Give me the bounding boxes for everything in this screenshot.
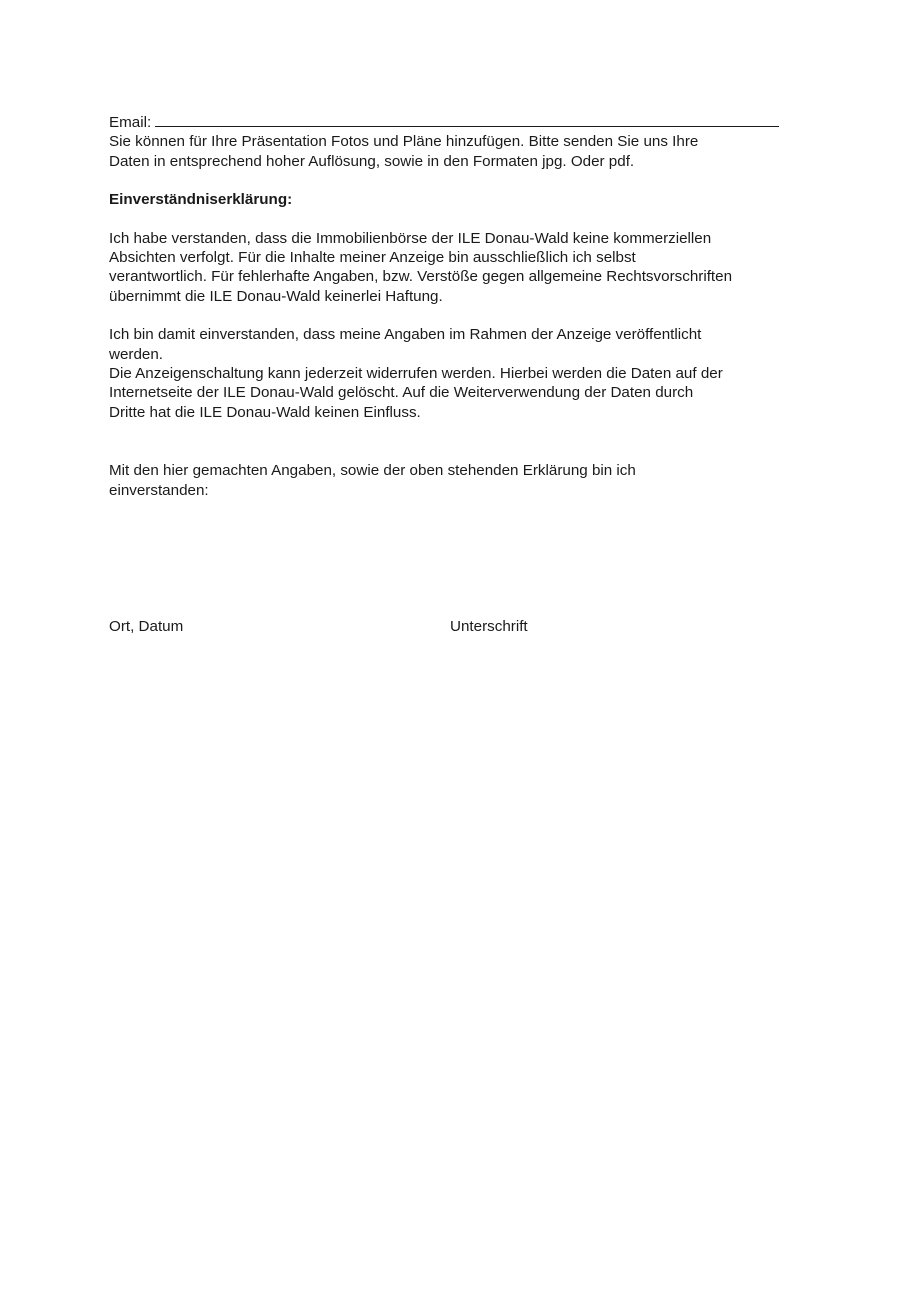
place-date-label: Ort, Datum [109,617,183,636]
paragraph-line: übernimmt die ILE Donau-Wald keinerlei H… [109,287,829,306]
consent-paragraph-publication: Ich bin damit einverstanden, dass meine … [109,325,829,364]
paragraph-line: verantwortlich. Für fehlerhafte Angaben,… [109,267,829,286]
document-page: Email: Sie können für Ihre Präsentation … [0,0,920,1301]
paragraph-line: einverstanden: [109,481,829,500]
consent-paragraph-liability: Ich habe verstanden, dass die Immobilien… [109,229,829,307]
paragraph-line: Absichten verfolgt. Für die Inhalte mein… [109,248,829,267]
consent-heading: Einverständniserklärung: [109,190,829,209]
email-input-line[interactable] [155,111,779,127]
paragraph-line: Ich bin damit einverstanden, dass meine … [109,325,829,344]
email-field-row: Email: [109,111,829,132]
signature-label: Unterschrift [450,617,528,636]
consent-paragraph-revocation: Die Anzeigenschaltung kann jederzeit wid… [109,364,829,422]
document-content: Email: Sie können für Ihre Präsentation … [109,111,829,500]
upload-note-line: Daten in entsprechend hoher Auflösung, s… [109,152,829,171]
paragraph-line: Die Anzeigenschaltung kann jederzeit wid… [109,364,829,383]
paragraph-line: Mit den hier gemachten Angaben, sowie de… [109,461,829,480]
upload-note-line: Sie können für Ihre Präsentation Fotos u… [109,132,829,151]
upload-note: Sie können für Ihre Präsentation Fotos u… [109,132,829,171]
paragraph-line: Internetseite der ILE Donau-Wald gelösch… [109,383,829,402]
paragraph-line: Dritte hat die ILE Donau-Wald keinen Ein… [109,403,829,422]
paragraph-line: Ich habe verstanden, dass die Immobilien… [109,229,829,248]
paragraph-line: werden. [109,345,829,364]
consent-agreement: Mit den hier gemachten Angaben, sowie de… [109,461,829,500]
email-label: Email: [109,114,151,131]
